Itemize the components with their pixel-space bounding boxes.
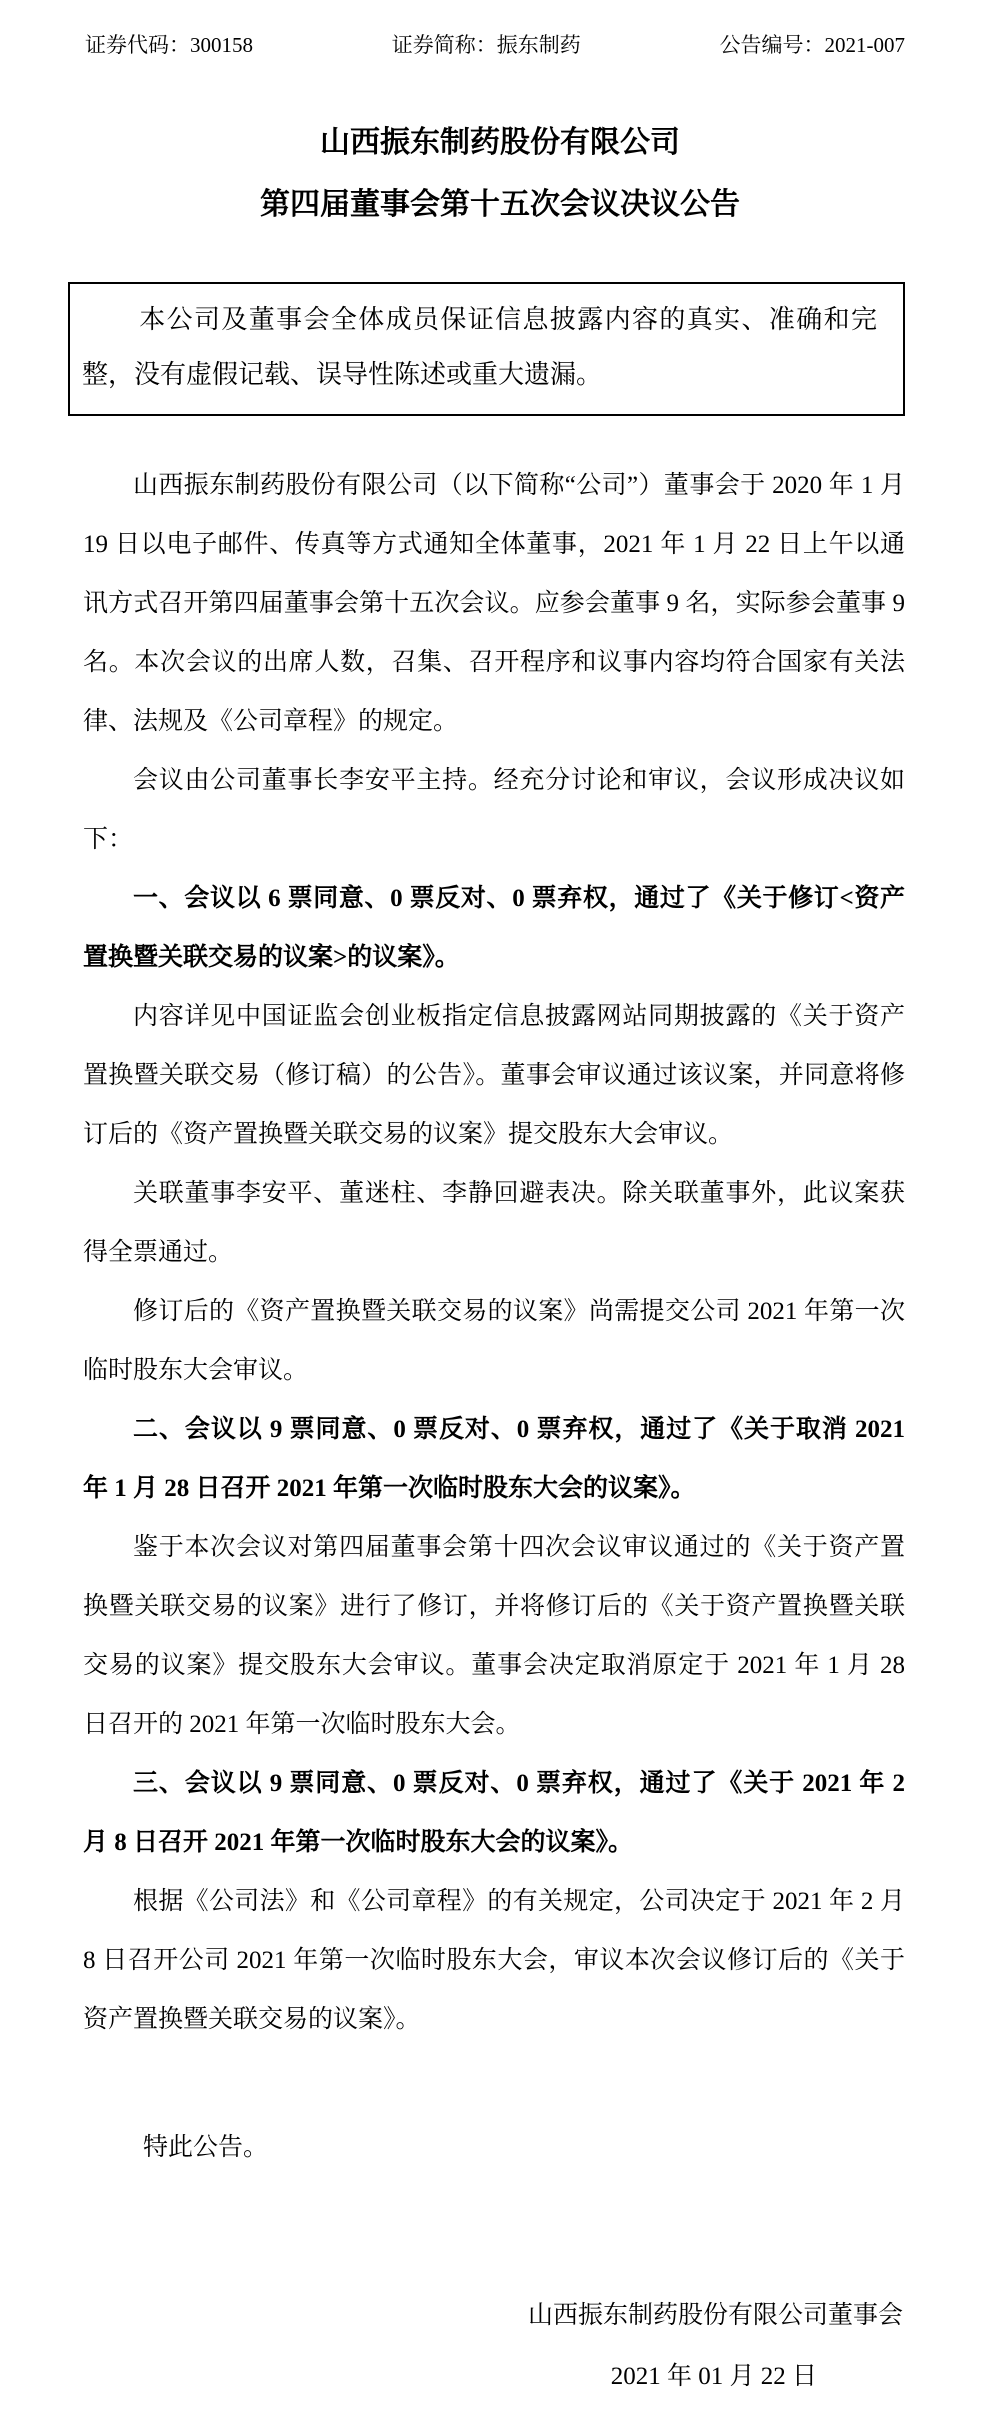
securities-header: 证券代码：300158 证券简称：振东制药 公告编号：2021-007 <box>85 30 905 60</box>
resolution-2-heading: 二、会议以 9 票同意、0 票反对、0 票弃权，通过了《关于取消 2021 年 … <box>83 1400 905 1518</box>
body-paragraph: 会议由公司董事长李安平主持。经充分讨论和审议，会议形成决议如下： <box>83 751 905 869</box>
signature-company: 山西振东制药股份有限公司董事会 <box>83 2296 905 2336</box>
body-paragraph: 鉴于本次会议对第四届董事会第十四次会议审议通过的《关于资产置换暨关联交易的议案》… <box>83 1518 905 1754</box>
signature-date: 2021 年 01 月 22 日 <box>83 2357 905 2397</box>
meeting-resolution-title: 第四届董事会第十五次会议决议公告 <box>0 174 1000 236</box>
body-paragraph: 关联董事李安平、董迷柱、李静回避表决。除关联董事外，此议案获得全票通过。 <box>83 1164 905 1282</box>
body-paragraph: 山西振东制药股份有限公司（以下简称“公司”）董事会于 2020 年 1 月 19… <box>83 456 905 751</box>
disclaimer-box: 本公司及董事会全体成员保证信息披露内容的真实、准确和完整，没有虚假记载、误导性陈… <box>68 282 905 416</box>
disclaimer-text: 本公司及董事会全体成员保证信息披露内容的真实、准确和完整，没有虚假记载、误导性陈… <box>82 292 877 402</box>
announcement-number-label: 公告编号： <box>720 33 825 57</box>
stock-name-value: 振东制药 <box>497 33 581 57</box>
closing-statement: 特此公告。 <box>83 2128 905 2168</box>
stock-code-value: 300158 <box>190 33 253 57</box>
body-paragraph: 根据《公司法》和《公司章程》的有关规定，公司决定于 2021 年 2 月 8 日… <box>83 1872 905 2049</box>
resolution-1-heading: 一、会议以 6 票同意、0 票反对、0 票弃权，通过了《关于修订<资产置换暨关联… <box>83 869 905 987</box>
title-block: 山西振东制药股份有限公司 第四届董事会第十五次会议决议公告 <box>0 112 1000 236</box>
stock-name-label: 证券简称： <box>392 33 497 57</box>
announcement-document: 证券代码：300158 证券简称：振东制药 公告编号：2021-007 山西振东… <box>0 0 1000 2413</box>
company-title: 山西振东制药股份有限公司 <box>0 112 1000 174</box>
resolution-3-heading: 三、会议以 9 票同意、0 票反对、0 票弃权，通过了《关于 2021 年 2 … <box>83 1754 905 1872</box>
body-paragraph: 修订后的《资产置换暨关联交易的议案》尚需提交公司 2021 年第一次临时股东大会… <box>83 1282 905 1400</box>
announcement-number: 公告编号：2021-007 <box>720 30 906 60</box>
stock-code-label: 证券代码： <box>85 33 190 57</box>
body-paragraph: 内容详见中国证监会创业板指定信息披露网站同期披露的《关于资产置换暨关联交易（修订… <box>83 987 905 1164</box>
announcement-body: 山西振东制药股份有限公司（以下简称“公司”）董事会于 2020 年 1 月 19… <box>83 456 905 2049</box>
stock-name: 证券简称：振东制药 <box>392 30 581 60</box>
announcement-number-value: 2021-007 <box>825 33 906 57</box>
stock-code: 证券代码：300158 <box>85 30 253 60</box>
